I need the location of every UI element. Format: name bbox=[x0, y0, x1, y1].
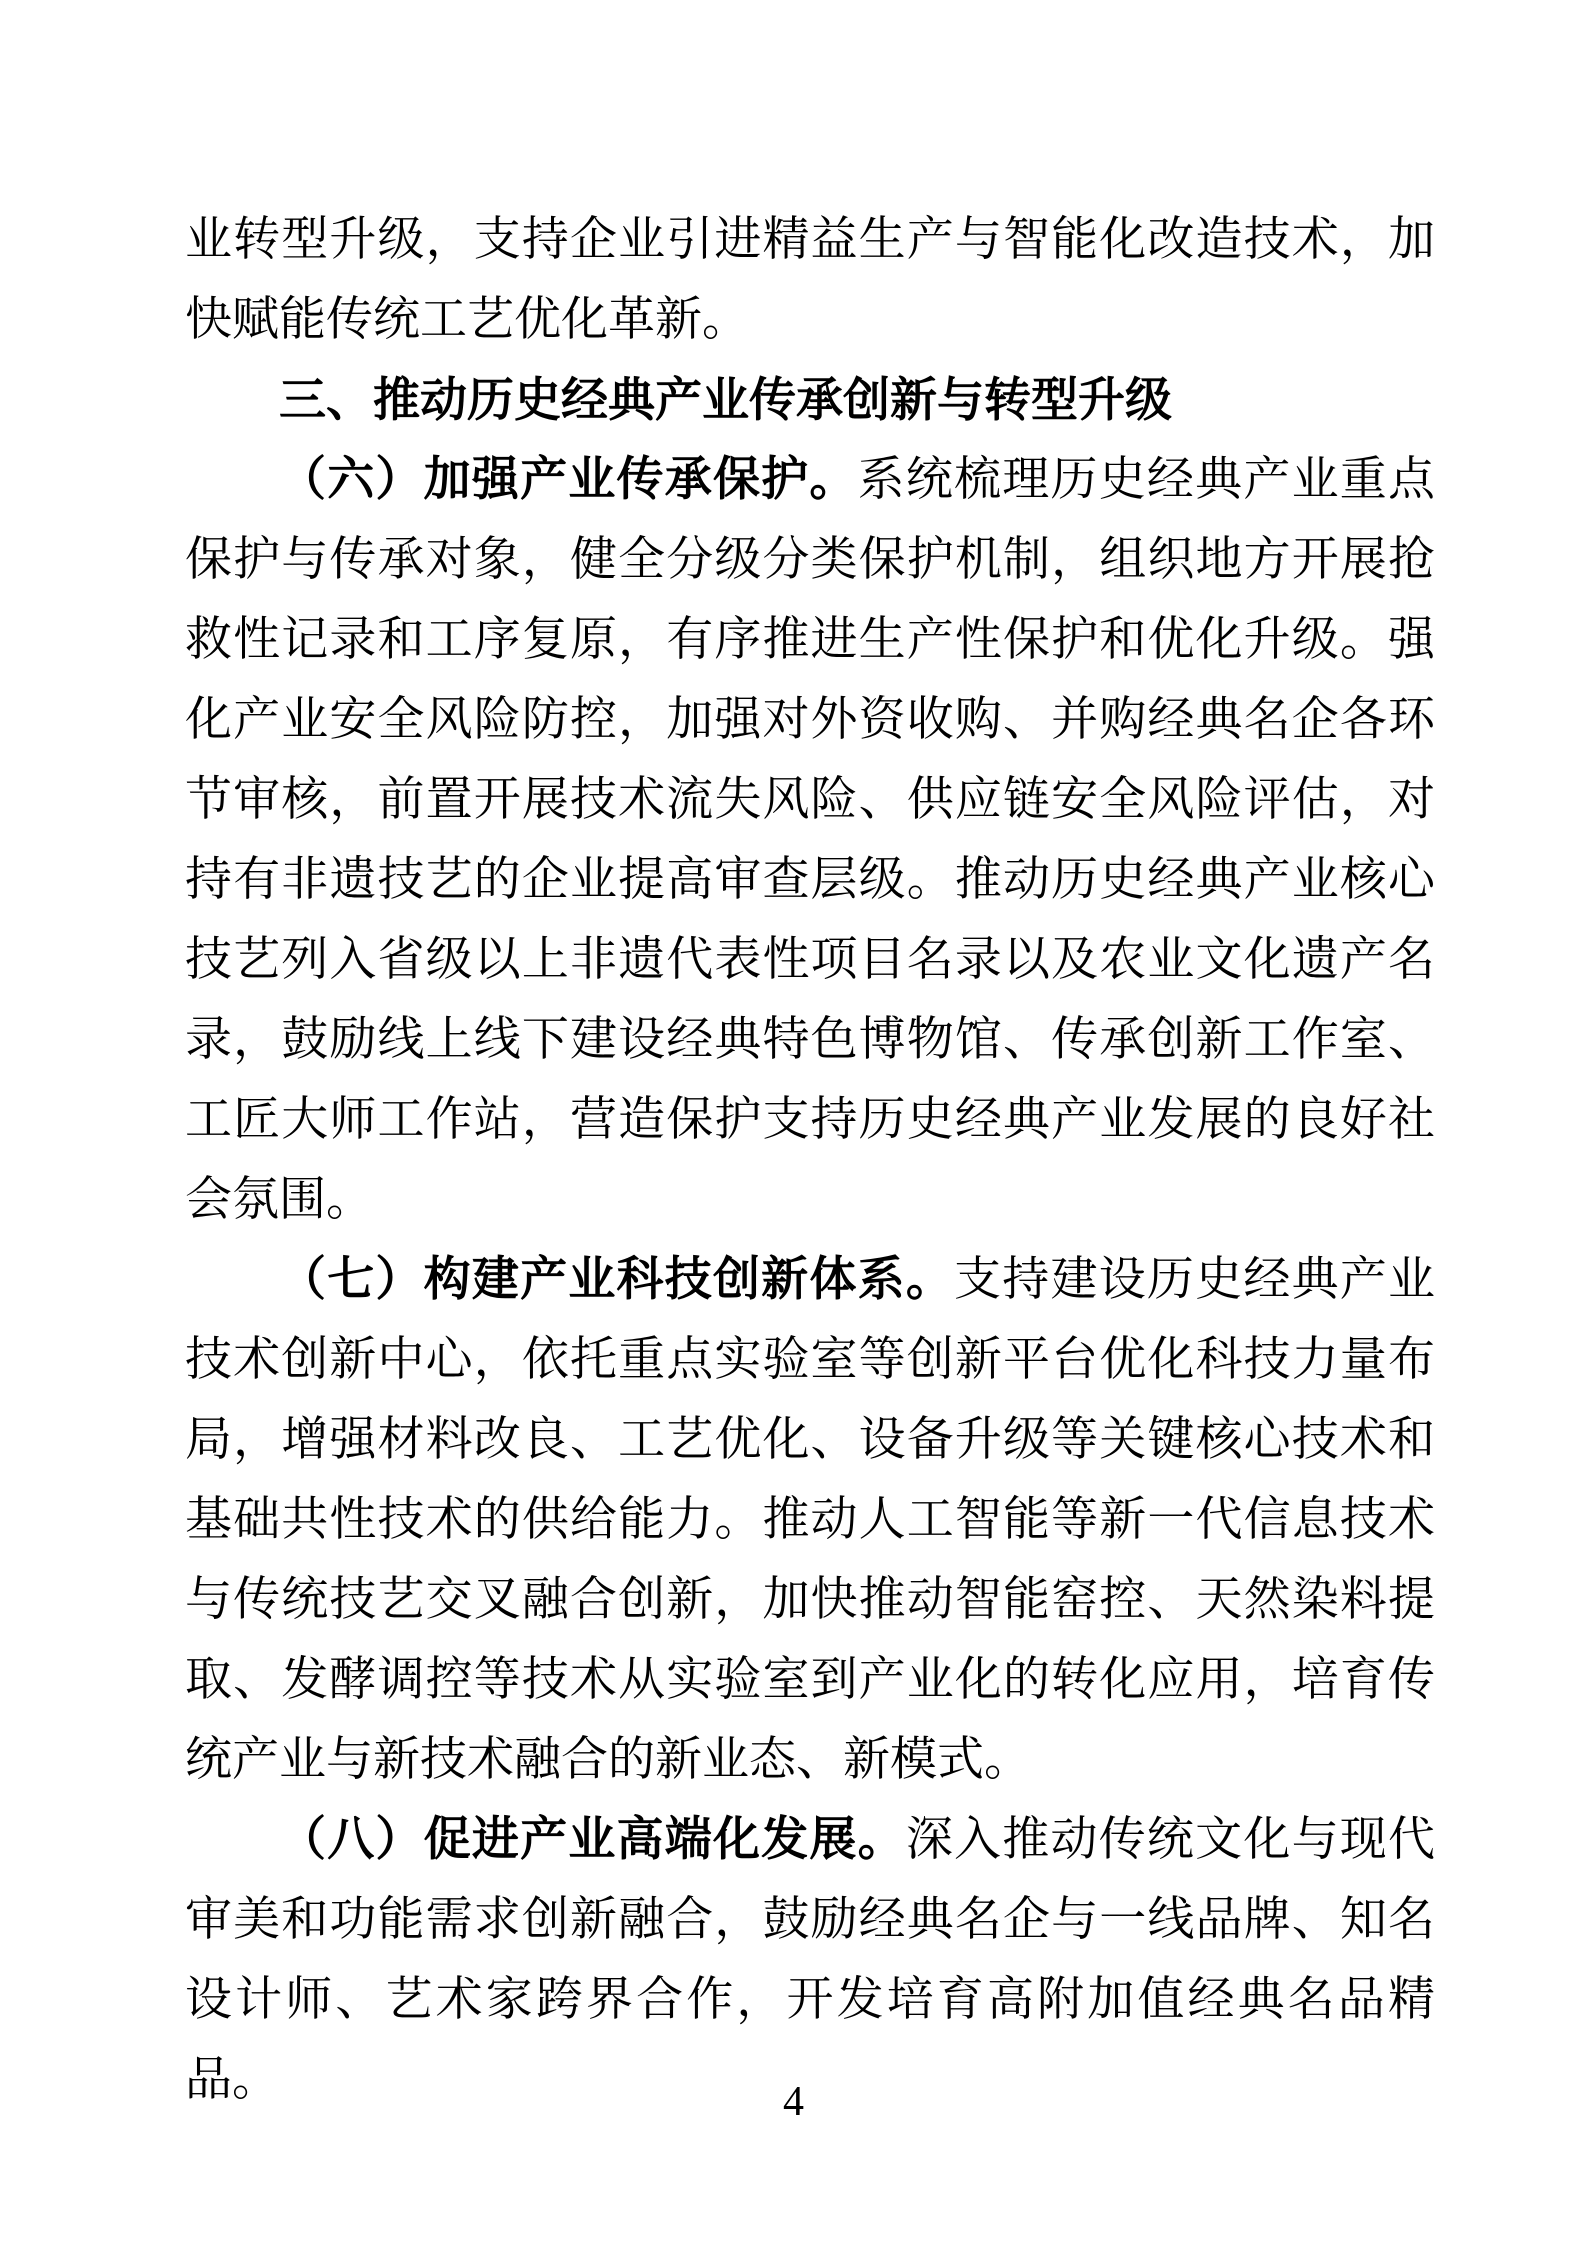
paragraph-item-7-text: 支持建设历史经典产业技术创新中心，依托重点实验室等创新平台优化科技力量布局，增强… bbox=[185, 1254, 1435, 1786]
paragraph-item-7-lead: （七）构建产业科技创新体系。 bbox=[279, 1254, 954, 1306]
paragraph-item-7: （七）构建产业科技创新体系。支持建设历史经典产业技术创新中心，依托重点实验室等创… bbox=[185, 1240, 1435, 1800]
document-page: 业转型升级，支持企业引进精益生产与智能化改造技术，加快赋能传统工艺优化革新。 三… bbox=[0, 0, 1587, 2245]
paragraph-item-6: （六）加强产业传承保护。系统梳理历史经典产业重点保护与传承对象，健全分级分类保护… bbox=[185, 440, 1435, 1240]
paragraph-item-6-lead: （六）加强产业传承保护。 bbox=[279, 454, 858, 506]
paragraph-item-8: （八）促进产业高端化发展。深入推动传统文化与现代审美和功能需求创新融合，鼓励经典… bbox=[185, 1800, 1435, 2120]
paragraph-item-8-lead: （八）促进产业高端化发展。 bbox=[279, 1814, 906, 1866]
page-number: 4 bbox=[0, 2077, 1587, 2127]
section-heading: 三、推动历史经典产业传承创新与转型升级 bbox=[185, 360, 1435, 440]
paragraph-continuation: 业转型升级，支持企业引进精益生产与智能化改造技术，加快赋能传统工艺优化革新。 bbox=[185, 200, 1435, 360]
paragraph-item-6-text: 系统梳理历史经典产业重点保护与传承对象，健全分级分类保护机制，组织地方开展抢救性… bbox=[185, 454, 1435, 1226]
